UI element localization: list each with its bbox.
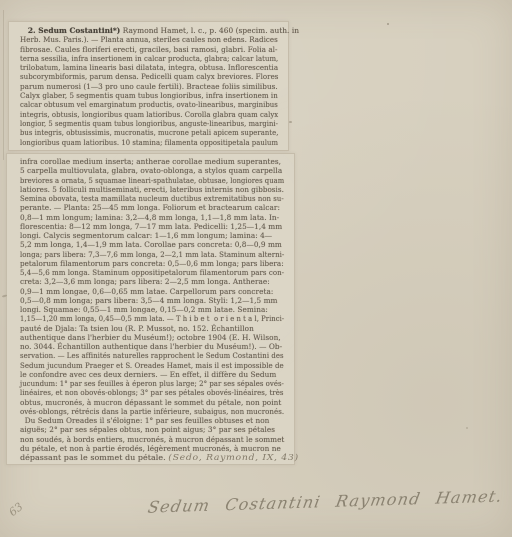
text-line: authentique dans l'herbier du Muséum!); … — [20, 333, 284, 342]
text-line: le confondre avec ces deux derniers. — E… — [20, 370, 284, 379]
text-line: infra corollae medium inserta; antherae … — [20, 157, 284, 166]
species-heading-rest: Raymond Hamet, l. c., p. 460 (specim. au… — [120, 26, 299, 35]
corner-pencil-mark: 63 — [6, 500, 25, 519]
species-heading-line: 2. Sedum Costantini*) Raymond Hamet, l. … — [20, 26, 281, 35]
text-line: linéaires, et non obovés-oblongs; 3° par… — [20, 388, 273, 397]
text-line: obtus, mucronés, à mucron dépassant le s… — [20, 398, 284, 407]
text-line: ovés-oblongs, rétrécis dans la partie in… — [20, 407, 274, 416]
text-line: creta: 3,2—3,6 mm longa; pars libera: 2—… — [20, 277, 284, 286]
text-line: Herb. Mus. Paris.). — Planta annua, ster… — [20, 35, 270, 44]
text-line: non soudés, à bords entiers, mucronés, à… — [20, 435, 282, 444]
description-block-1: Herb. Mus. Paris.). — Planta annua, ster… — [20, 35, 278, 147]
paper-speck — [466, 427, 468, 429]
text-line: integris, obtusis, longioribus quam lati… — [20, 110, 265, 119]
text-line: servation. — Les affinités naturelles ra… — [20, 351, 271, 360]
text-line: parum numerosi (1—3 pro uno caule fertil… — [20, 82, 275, 91]
text-line: 0,9—1 mm longae, 0,6—0,65 mm latae. Carp… — [20, 287, 284, 296]
text-line: du pétale, et non à partie érodés, légèr… — [20, 444, 284, 453]
text-line: Calyx glaber, 5 segmentis quam tubus lon… — [20, 91, 269, 100]
text-line: breviores a ornata, 5 squamae lineari-sp… — [20, 176, 265, 185]
inline-citation-handwriting: (Sedo, Raymond, IX, 43) — [168, 453, 298, 463]
text-line: 5,2 mm longa, 1,4—1,9 mm lata. Corollae … — [20, 240, 284, 249]
text-line: longioribus quam latioribus. 10 stamina;… — [20, 138, 261, 147]
text-line: fibrosae. Caules floriferi erecti, graci… — [20, 45, 276, 54]
text-line: longa; pars libera: 7,3—7,6 mm longa, 2—… — [20, 250, 273, 259]
paper-speck — [289, 121, 292, 123]
text-line: Du Sedum Oreades il s'éloigne: 1° par se… — [20, 416, 284, 425]
text-line: petalorum filamentorum pars concreta: 0,… — [20, 259, 279, 268]
text-line: Semina obovata, testa mamillata nucleum … — [20, 194, 270, 203]
text-line: longi. Squamae: 0,55—1 mm longae, 0,15—0… — [20, 305, 284, 314]
text-line: terna sessilia, infra insertionem in cal… — [20, 54, 264, 63]
text-line: no. 3044. Échantillon authentique dans l… — [20, 342, 284, 351]
description-block-2: infra corollae medium inserta; antherae … — [20, 157, 284, 453]
text-line: trilobatum, lamina linearis basi dilatat… — [20, 63, 269, 72]
text-line: bus integris, obtusissimis, mucronatis, … — [20, 128, 262, 137]
species-name-bold: 2. Sedum Costantini*) — [20, 26, 120, 35]
text-line: 5 carpella multiovulata, glabra, ovato-o… — [20, 166, 284, 175]
text-line: longi. Calycis segmentorum calcar: 1—1,6… — [20, 231, 284, 240]
text-line: latiores. 5 folliculi multiseminati, ere… — [20, 185, 278, 194]
text-line: longior, 5 segmentis quam tubus longiori… — [20, 119, 259, 128]
text-line: pauté de Djala: Ta tsien lou (R. P. Muss… — [20, 324, 284, 333]
text-line: calcar obtusum vel emarginatum productis… — [20, 100, 263, 109]
label-strip-1: 2. Sedum Costantini*) Raymond Hamet, l. … — [8, 21, 289, 151]
text-line: 0,8—1 mm longum; lamina: 3,2—4,8 mm long… — [20, 213, 284, 222]
text-line: Sedum jucundum Praeger et S. Oreades Ham… — [20, 361, 273, 370]
label-strip-2: infra corollae medium inserta; antherae … — [6, 153, 295, 465]
scanned-herbarium-sheet: 2. Sedum Costantini*) Raymond Hamet, l. … — [0, 0, 512, 537]
text-line: 1,15—1,20 mm longa, 0,45—0,5 mm lata. — … — [20, 314, 266, 323]
paper-speck — [387, 23, 389, 25]
bottom-handwriting: Sedum Costantini Raymond Hamet. — [146, 486, 509, 516]
text-line: perante. — Planta: 25—45 mm longa. Folio… — [20, 203, 284, 212]
sheet-edge-line — [3, 10, 4, 160]
text-line: aiguës; 2° par ses sépales obtus, non po… — [20, 425, 284, 434]
text-line: 0,5—0,8 mm longa; pars libera: 3,5—4 mm … — [20, 296, 284, 305]
text-line: florescentia: 8—12 mm longa, 7—17 mm lat… — [20, 222, 284, 231]
text-line: jucundum: 1° par ses feuilles à éperon p… — [20, 379, 270, 388]
last-line-printed: dépassant pas le sommet du pétale. — [20, 453, 168, 462]
text-line: 5,4—5,6 mm longa. Staminum oppositipetal… — [20, 268, 274, 277]
text-line: subcorymbiformis, parum densa. Pedicelli… — [20, 72, 268, 81]
last-text-line: dépassant pas le sommet du pétale. (Sedo… — [20, 453, 307, 462]
